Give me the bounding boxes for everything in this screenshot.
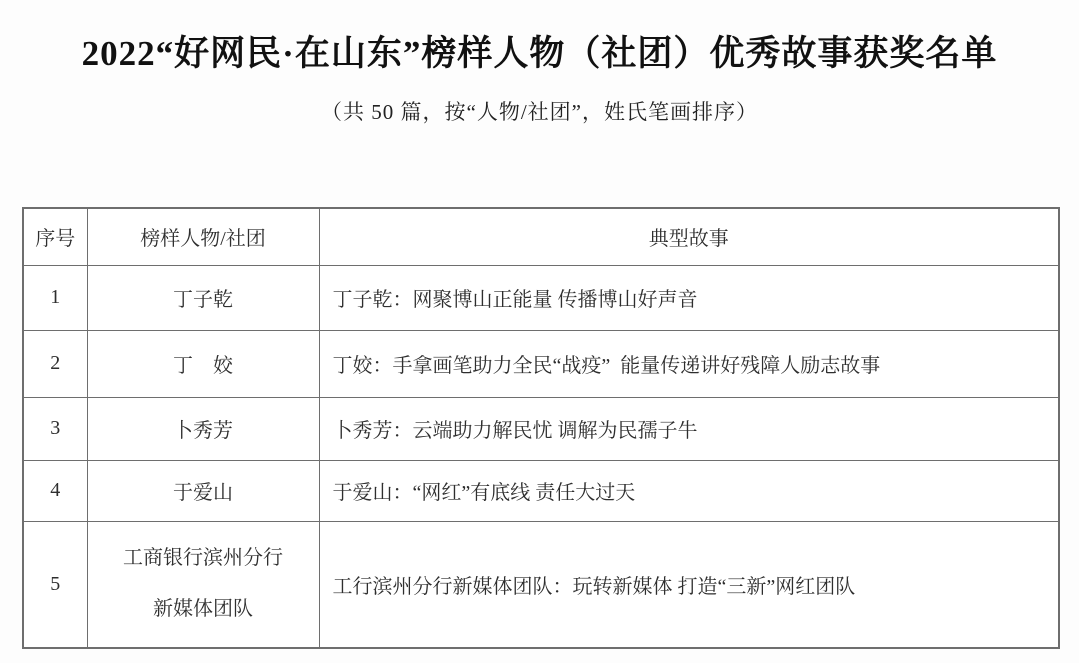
- table-header-row: 序号 榜样人物/社团 典型故事: [23, 208, 1059, 265]
- award-winners-table: 序号 榜样人物/社团 典型故事 1 丁子乾 丁子乾：网聚博山正能量 传播博山好声…: [22, 207, 1060, 649]
- serial-cell: 2: [23, 330, 87, 397]
- person-cell: 丁 姣: [87, 330, 319, 397]
- column-header-person: 榜样人物/社团: [87, 208, 319, 265]
- person-cell: 丁子乾: [87, 265, 319, 330]
- column-header-story: 典型故事: [319, 208, 1059, 265]
- table-row: 3 卜秀芳 卜秀芳：云端助力解民忧 调解为民孺子牛: [23, 397, 1059, 460]
- story-cell: 于爱山：“网红”有底线 责任大过天: [319, 460, 1059, 521]
- table-row: 1 丁子乾 丁子乾：网聚博山正能量 传播博山好声音: [23, 265, 1059, 330]
- serial-cell: 3: [23, 397, 87, 460]
- page-title: 2022“好网民·在山东”榜样人物（社团）优秀故事获奖名单: [0, 26, 1079, 76]
- page-subtitle: （共 50 篇，按“人物/社团”，姓氏笔画排序）: [0, 96, 1079, 126]
- person-cell: 于爱山: [87, 460, 319, 521]
- person-cell: 卜秀芳: [87, 397, 319, 460]
- document-page: 2022“好网民·在山东”榜样人物（社团）优秀故事获奖名单 （共 50 篇，按“…: [0, 0, 1079, 663]
- person-cell: 工商银行滨州分行 新媒体团队: [87, 521, 319, 648]
- table-row: 2 丁 姣 丁姣：手拿画笔助力全民“战疫” 能量传递讲好残障人励志故事: [23, 330, 1059, 397]
- serial-cell: 5: [23, 521, 87, 648]
- story-cell: 丁姣：手拿画笔助力全民“战疫” 能量传递讲好残障人励志故事: [319, 330, 1059, 397]
- serial-cell: 1: [23, 265, 87, 330]
- story-cell: 卜秀芳：云端助力解民忧 调解为民孺子牛: [319, 397, 1059, 460]
- table-row: 5 工商银行滨州分行 新媒体团队 工行滨州分行新媒体团队：玩转新媒体 打造“三新…: [23, 521, 1059, 648]
- serial-cell: 4: [23, 460, 87, 521]
- table-row: 4 于爱山 于爱山：“网红”有底线 责任大过天: [23, 460, 1059, 521]
- story-cell: 工行滨州分行新媒体团队：玩转新媒体 打造“三新”网红团队: [319, 521, 1059, 648]
- story-cell: 丁子乾：网聚博山正能量 传播博山好声音: [319, 265, 1059, 330]
- column-header-serial: 序号: [23, 208, 87, 265]
